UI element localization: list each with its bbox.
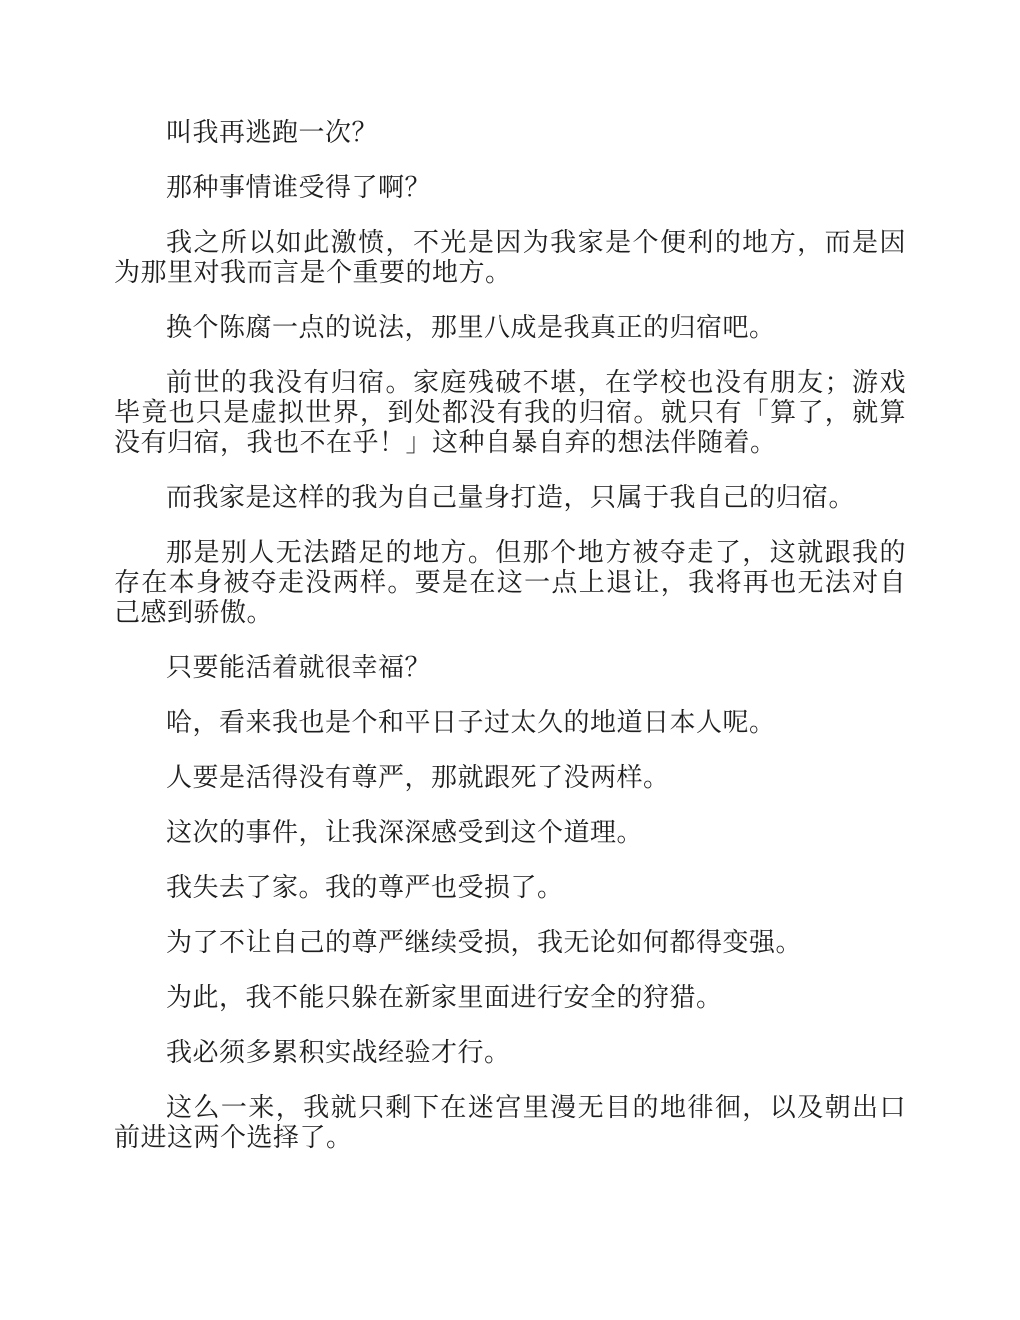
paragraph: 换个陈腐一点的说法，那里八成是我真正的归宿吧。 xyxy=(114,313,906,343)
paragraph: 这么一来，我就只剩下在迷宫里漫无目的地徘徊，以及朝出口前进这两个选择了。 xyxy=(114,1093,906,1153)
paragraph: 那是别人无法踏足的地方。但那个地方被夺走了，这就跟我的存在本身被夺走没两样。要是… xyxy=(114,538,906,628)
paragraph: 而我家是这样的我为自己量身打造，只属于我自己的归宿。 xyxy=(114,483,906,513)
paragraph: 哈，看来我也是个和平日子过太久的地道日本人呢。 xyxy=(114,708,906,738)
paragraph: 为此，我不能只躲在新家里面进行安全的狩猎。 xyxy=(114,983,906,1013)
paragraph: 我必须多累积实战经验才行。 xyxy=(114,1038,906,1068)
paragraph: 我之所以如此激愤，不光是因为我家是个便利的地方，而是因为那里对我而言是个重要的地… xyxy=(114,228,906,288)
paragraph: 人要是活得没有尊严，那就跟死了没两样。 xyxy=(114,763,906,793)
paragraph: 前世的我没有归宿。家庭残破不堪，在学校也没有朋友；游戏毕竟也只是虚拟世界，到处都… xyxy=(114,368,906,458)
paragraph: 为了不让自己的尊严继续受损，我无论如何都得变强。 xyxy=(114,928,906,958)
document-page: 叫我再逃跑一次？那种事情谁受得了啊？我之所以如此激愤，不光是因为我家是个便利的地… xyxy=(0,0,1020,1320)
paragraph: 我失去了家。我的尊严也受损了。 xyxy=(114,873,906,903)
paragraph: 那种事情谁受得了啊？ xyxy=(114,173,906,203)
paragraph: 这次的事件，让我深深感受到这个道理。 xyxy=(114,818,906,848)
paragraph: 只要能活着就很幸福？ xyxy=(114,653,906,683)
page-text: 叫我再逃跑一次？那种事情谁受得了啊？我之所以如此激愤，不光是因为我家是个便利的地… xyxy=(114,118,906,1153)
paragraph: 叫我再逃跑一次？ xyxy=(114,118,906,148)
